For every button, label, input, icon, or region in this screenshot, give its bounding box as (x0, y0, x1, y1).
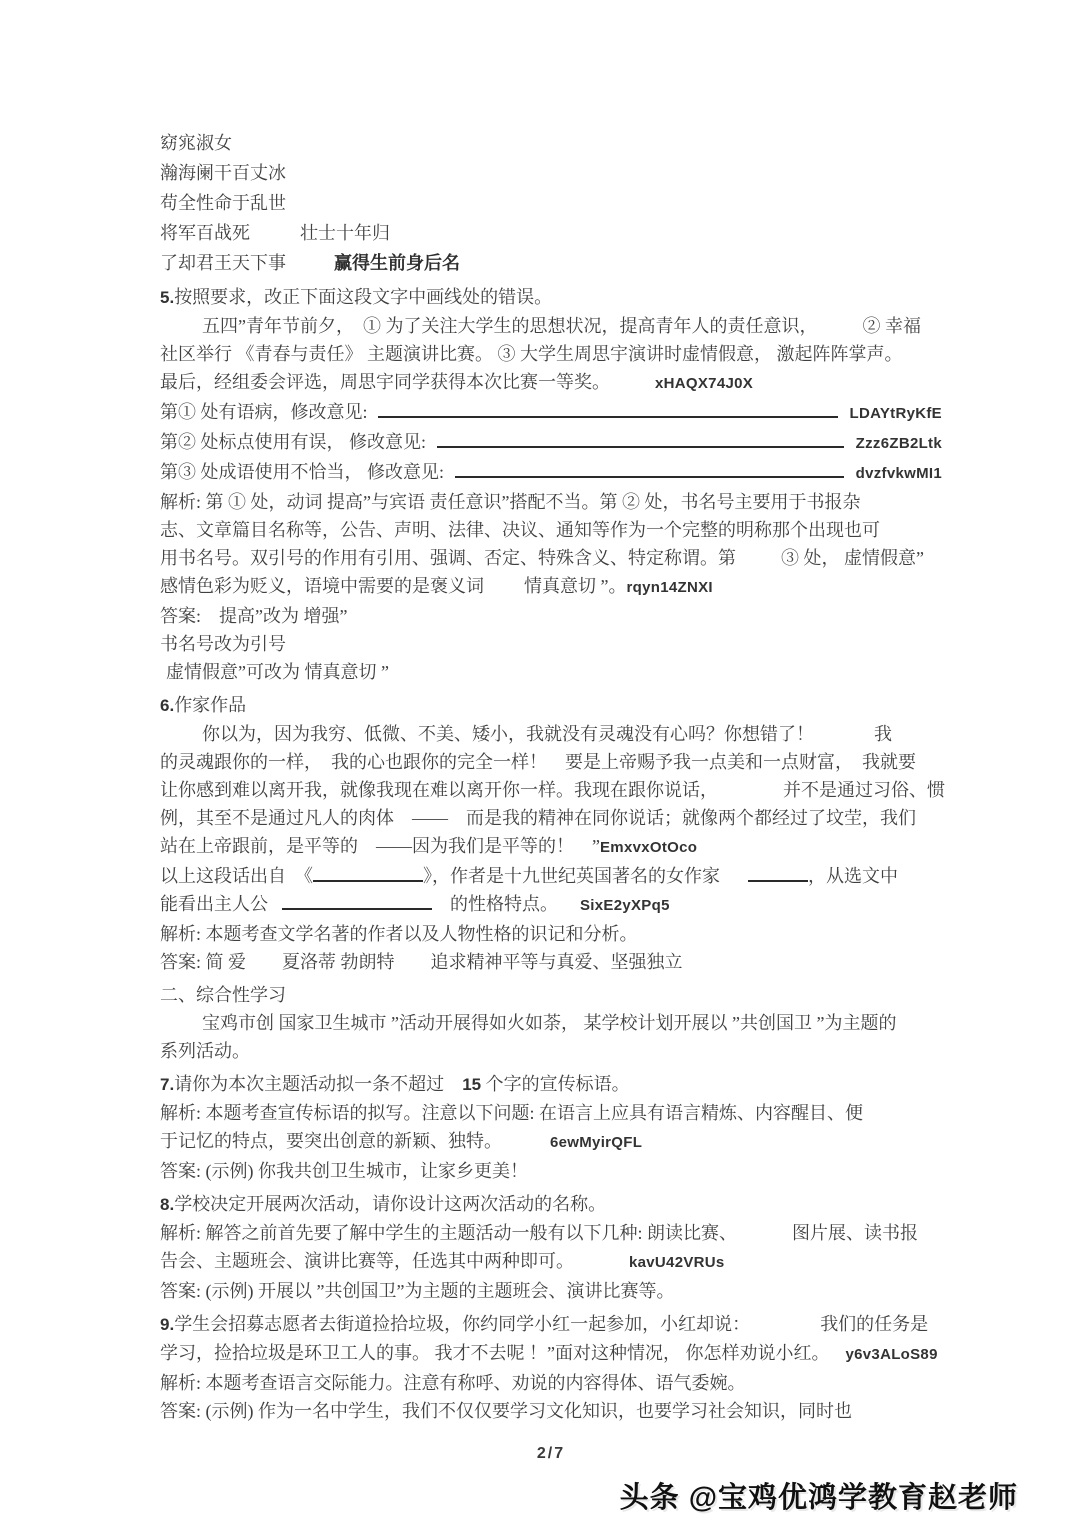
document-content: 窈宨淑女瀚海阑干百丈冰苟全性命于乱世将军百战死壮士十年归了却君王天下事赢得生前身… (160, 128, 942, 1463)
ocr-code: xHAQX74J0X (655, 375, 753, 392)
text-run: 答案: (示例) 你我共创卫生城市，让家乡更美！ (160, 1161, 528, 1181)
document-line: 了却君王天下事赢得生前身后名 (160, 248, 942, 278)
text-run: 请你为本次主题活动拟一条不超过 (174, 1074, 444, 1094)
spacer (720, 881, 748, 882)
spacer (818, 331, 863, 332)
text-run: 学校决定开展两次活动，请你设计这两次活动的名称。 (174, 1194, 606, 1214)
document-line: 9.学生会招募志愿者去街道捡拾垃圾，你约同学小红一起参加，小红却说：我们的任务是 (160, 1310, 942, 1339)
spacer (286, 268, 334, 269)
document-line: 解析: 解答之前首先要了解中学生的主题活动一般有以下几种: 朗读比赛、图片展、读… (160, 1219, 942, 1247)
document-line: 最后，经组委会评选，周思宇同学获得本次比赛一等奖。xHAQX74J0X (160, 368, 942, 398)
document-line: 答案: (示例) 开展以 ”共创国卫”为主题的主题班会、演讲比赛等。 (160, 1277, 942, 1305)
text-run: ② 幸福 (863, 316, 922, 336)
document-line: 解析: 本题考查文学名著的作者以及人物性格的识记和分析。 (160, 920, 942, 948)
spacer (558, 909, 580, 910)
document-line: 第③ 处成语使用不恰当， 修改意见: dvzfvkwMI1 (160, 458, 942, 488)
text-run: 第② 处标点使用有误， 修改意见: (160, 428, 431, 456)
text-run: 第① 处有语病，修改意见: (160, 398, 372, 426)
document-line: 瀚海阑干百丈冰 (160, 158, 942, 188)
document-line: 用书名号。双引号的作用有引用、强调、否定、特殊含义、特定称谓。第③ 处， 虚情假… (160, 544, 942, 572)
text-run: 能看出主人公 (160, 894, 268, 914)
document-line: 告会、主题班会、演讲比赛等，任选其中两种即可。kavU42VRUs (160, 1247, 942, 1277)
spacer (718, 795, 783, 796)
document-line: 答案: (示例) 作为一名中学生，我们不仅仅要学习文化知识，也要学习社会知识，同… (160, 1397, 942, 1425)
text-run: 》，作者是十九世纪英国著名的女作家 (423, 866, 720, 886)
document-line: 答案: (示例) 你我共创卫生城市，让家乡更美！ (160, 1157, 942, 1185)
text-run: ③ 处， 虚情假意” (781, 548, 924, 568)
text-run: 你以为，因为我穷、低微、不美、矮小，我就没有灵魂没有心吗？你想错了！ (202, 724, 814, 744)
spacer (737, 1238, 792, 1239)
document-line: 书名号改为引号 (160, 630, 942, 658)
ocr-code: 6ewMyirQFL (550, 1134, 642, 1151)
text-run: 感情色彩为贬义，语境中需要的是褒义词 (160, 576, 484, 596)
text-run: 答案: (示例) 开展以 ”共创国卫”为主题的主题班会、演讲比赛等。 (160, 1281, 674, 1301)
question-number: 6. (160, 696, 174, 715)
document-line: 解析: 本题考查语言交际能力。注意有称呼、劝说的内容得体、语气委婉。 (160, 1369, 942, 1397)
question-number: 8. (160, 1195, 174, 1214)
text-run: 学习，捡拾垃圾是环卫工人的事。 我才不去呢 ！”面对这种情况， 你怎样劝说小红。 (160, 1343, 830, 1363)
document-lines: 窈宨淑女瀚海阑干百丈冰苟全性命于乱世将军百战死壮士十年归了却君王天下事赢得生前身… (160, 128, 942, 1425)
text-run: 解析: 本题考查宣传标语的拟写。注意以下问题: 在语言上应具有语言精炼、内容醒目… (160, 1103, 863, 1123)
text-run: 答案: (示例) 作为一名中学生，我们不仅仅要学习文化知识，也要学习社会知识，同… (160, 1401, 852, 1421)
document-line: 站在上帝跟前，是平等的 ——因为我们是平等的！ ”EmxvxOtOco (160, 832, 942, 862)
document-line: 五四”青年节前夕， ① 为了关注大学生的思想状况，提高青年人的责任意识，② 幸福 (160, 312, 942, 340)
document-line: 窈宨淑女 (160, 128, 942, 158)
document-line: 系列活动。 (160, 1037, 942, 1065)
document-line: 宝鸡市创 国家卫生城市 ”活动开展得如火如荼， 某学校计划开展以 ”共创国卫 ”… (160, 1009, 942, 1037)
document-line: 答案: 简 爱 夏洛蒂 勃朗特 追求精神平等与真爱、坚强独立 (160, 948, 942, 976)
text-run: 作家作品 (174, 695, 246, 715)
document-line: 你以为，因为我穷、低微、不美、矮小，我就没有灵魂没有心吗？你想错了！我 (160, 720, 942, 748)
spacer (830, 1358, 846, 1359)
document-line: 二、综合性学习 (160, 981, 942, 1009)
document-line: 将军百战死壮士十年归 (160, 218, 942, 248)
document-line: 的灵魂跟你的一样， 我的心也跟你的完全一样！ 要是上帝赐予我一点美和一点财富， … (160, 748, 942, 776)
text-run: 个字的宣传标语。 (481, 1074, 630, 1094)
document-line: 7.请你为本次主题活动拟一条不超过15 个字的宣传标语。 (160, 1070, 942, 1099)
text-run: 二、综合性学习 (160, 985, 286, 1005)
document-line: 解析: 本题考查宣传标语的拟写。注意以下问题: 在语言上应具有语言精炼、内容醒目… (160, 1099, 942, 1127)
document-line: 学习，捡拾垃圾是环卫工人的事。 我才不去呢 ！”面对这种情况， 你怎样劝说小红。… (160, 1339, 942, 1369)
spacer (750, 1329, 820, 1330)
answer-blank (437, 429, 844, 448)
document-line: 例，其至不是通过凡人的肉体 —— 而是我的精神在同你说话；就像两个都经过了坟茔，… (160, 804, 942, 832)
text-run: 于记忆的特点，要突出创意的新颖、独特。 (160, 1131, 502, 1151)
ocr-code: SixE2yXPq5 (580, 897, 670, 914)
text-run: 瀚海阑干百丈冰 (160, 163, 286, 183)
answer-blank (378, 399, 838, 418)
document-line: 感情色彩为贬义，语境中需要的是褒义词情真意切 ”。rqyn14ZNXI (160, 572, 942, 602)
answer-blank (282, 891, 432, 910)
document-line: 以上这段话出自 《》，作者是十九世纪英国著名的女作家，从选文中 (160, 862, 942, 890)
text-run: 志、文章篇目名称等，公告、声明、法律、决议、通知等作为一个完整的明称那个出现也可 (160, 520, 880, 540)
text-run: 解析: 解答之前首先要了解中学生的主题活动一般有以下几种: 朗读比赛、 (160, 1223, 737, 1243)
text-run: 窈宨淑女 (160, 133, 232, 153)
text-run: 让你感到难以离开我，就像我现在难以离开你一样。我现在跟你说话， (160, 780, 718, 800)
text-run: 答案: 提高”改为 增强” (160, 606, 347, 626)
text-run: 例，其至不是通过凡人的肉体 —— 而是我的精神在同你说话；就像两个都经过了坟茔，… (160, 808, 916, 828)
question-number: 15 (462, 1075, 481, 1094)
text-run: 我 (874, 724, 892, 744)
text-run-bold: 赢得生前身后名 (334, 253, 460, 273)
answer-blank (455, 459, 844, 478)
text-run: 告会、主题班会、演讲比赛等，任选其中两种即可。 (160, 1251, 574, 1271)
document-line: 苟全性命于乱世 (160, 188, 942, 218)
spacer (160, 1028, 202, 1029)
scanned-exam-page: 窈宨淑女瀚海阑干百丈冰苟全性命于乱世将军百战死壮士十年归了却君王天下事赢得生前身… (0, 0, 1080, 1528)
text-run: 以上这段话出自 《 (160, 866, 313, 886)
text-run: 的性格特点。 (432, 894, 558, 914)
document-line: 让你感到难以离开我，就像我现在难以离开你一样。我现在跟你说话，并不是通过习俗、惯 (160, 776, 942, 804)
text-run: 苟全性命于乱世 (160, 193, 286, 213)
document-line: 能看出主人公 的性格特点。SixE2yXPq5 (160, 890, 942, 920)
text-run: 五四”青年节前夕， ① 为了关注大学生的思想状况，提高青年人的责任意识， (202, 316, 818, 336)
document-line: 于记忆的特点，要突出创意的新颖、独特。6ewMyirQFL (160, 1127, 942, 1157)
ocr-code: y6v3ALoS89 (846, 1346, 938, 1363)
ocr-code: EmxvxOtOco (600, 839, 697, 856)
text-run: 宝鸡市创 国家卫生城市 ”活动开展得如火如荼， 某学校计划开展以 ”共创国卫 ”… (202, 1013, 896, 1033)
spacer (250, 238, 300, 239)
spacer (502, 1146, 550, 1147)
text-run: 情真意切 ”。 (524, 576, 627, 596)
text-run: ，从选文中 (808, 866, 898, 886)
text-run: 了却君王天下事 (160, 253, 286, 273)
text-run: 第③ 处成语使用不恰当， 修改意见: (160, 458, 449, 486)
document-line: 5.按照要求，改正下面这段文字中画线处的错误。 (160, 283, 942, 312)
answer-blank (313, 863, 423, 882)
text-run: 虚情假意”可改为 情真意切 ” (166, 662, 389, 682)
watermark-text: 头条 @宝鸡优鸿学教育赵老师 (620, 1475, 1018, 1516)
spacer (160, 331, 202, 332)
spacer (268, 909, 282, 910)
spacer (484, 591, 524, 592)
text-run: 解析: 本题考查语言交际能力。注意有称呼、劝说的内容得体、语气委婉。 (160, 1373, 746, 1393)
document-line: 社区举行 《青春与责任》 主题演讲比赛。 ③ 大学生周思宇演讲时虚情假意， 激起… (160, 340, 942, 368)
text-run: 系列活动。 (160, 1041, 250, 1061)
text-run: 并不是通过习俗、惯 (783, 780, 945, 800)
spacer (610, 387, 655, 388)
ocr-code: dvzfvkwMI1 (856, 460, 942, 488)
document-line: 第② 处标点使用有误， 修改意见: Zzz6ZB2Ltk (160, 428, 942, 458)
ocr-code: rqyn14ZNXI (627, 579, 713, 596)
text-run: 解析: 第 ① 处，动词 提高”与宾语 责任意识”搭配不当。第 ② 处，书名号主… (160, 492, 860, 512)
question-number: 5. (160, 288, 174, 307)
text-run: 学生会招募志愿者去街道捡拾垃圾，你约同学小红一起参加，小红却说： (174, 1314, 750, 1334)
text-run: 我们的任务是 (820, 1314, 928, 1334)
ocr-code: kavU42VRUs (629, 1254, 725, 1271)
document-line: 8.学校决定开展两次活动，请你设计这两次活动的名称。 (160, 1190, 942, 1219)
text-run: 最后，经组委会评选，周思宇同学获得本次比赛一等奖。 (160, 372, 610, 392)
text-run: 将军百战死 (160, 223, 250, 243)
text-run: 按照要求，改正下面这段文字中画线处的错误。 (174, 287, 552, 307)
ocr-code: LDAYtRyKfE (850, 400, 942, 428)
document-line: 解析: 第 ① 处，动词 提高”与宾语 责任意识”搭配不当。第 ② 处，书名号主… (160, 488, 942, 516)
spacer (444, 1089, 462, 1090)
document-line: 6.作家作品 (160, 691, 942, 720)
question-number: 7. (160, 1075, 174, 1094)
spacer (814, 739, 874, 740)
page-number: 2/7 (160, 1445, 942, 1463)
text-run: 壮士十年归 (300, 223, 390, 243)
text-run: 书名号改为引号 (160, 634, 286, 654)
document-line: 虚情假意”可改为 情真意切 ” (160, 658, 942, 686)
document-line: 第① 处有语病，修改意见: LDAYtRyKfE (160, 398, 942, 428)
question-number: 9. (160, 1315, 174, 1334)
spacer (574, 1266, 629, 1267)
text-run: 社区举行 《青春与责任》 主题演讲比赛。 ③ 大学生周思宇演讲时虚情假意， 激起… (160, 344, 903, 364)
text-run: 解析: 本题考查文学名著的作者以及人物性格的识记和分析。 (160, 924, 638, 944)
document-line: 志、文章篇目名称等，公告、声明、法律、决议、通知等作为一个完整的明称那个出现也可 (160, 516, 942, 544)
document-line: 答案: 提高”改为 增强” (160, 602, 942, 630)
spacer (160, 739, 202, 740)
ocr-code: Zzz6ZB2Ltk (856, 430, 942, 458)
text-run: 用书名号。双引号的作用有引用、强调、否定、特殊含义、特定称谓。第 (160, 548, 736, 568)
text-run: 的灵魂跟你的一样， 我的心也跟你的完全一样！ 要是上帝赐予我一点美和一点财富， … (160, 752, 916, 772)
text-run: 站在上帝跟前，是平等的 ——因为我们是平等的！ ” (160, 836, 600, 856)
text-run: 图片展、读书报 (792, 1223, 918, 1243)
answer-blank (748, 863, 808, 882)
text-run: 答案: 简 爱 夏洛蒂 勃朗特 追求精神平等与真爱、坚强独立 (160, 952, 683, 972)
spacer (736, 563, 781, 564)
